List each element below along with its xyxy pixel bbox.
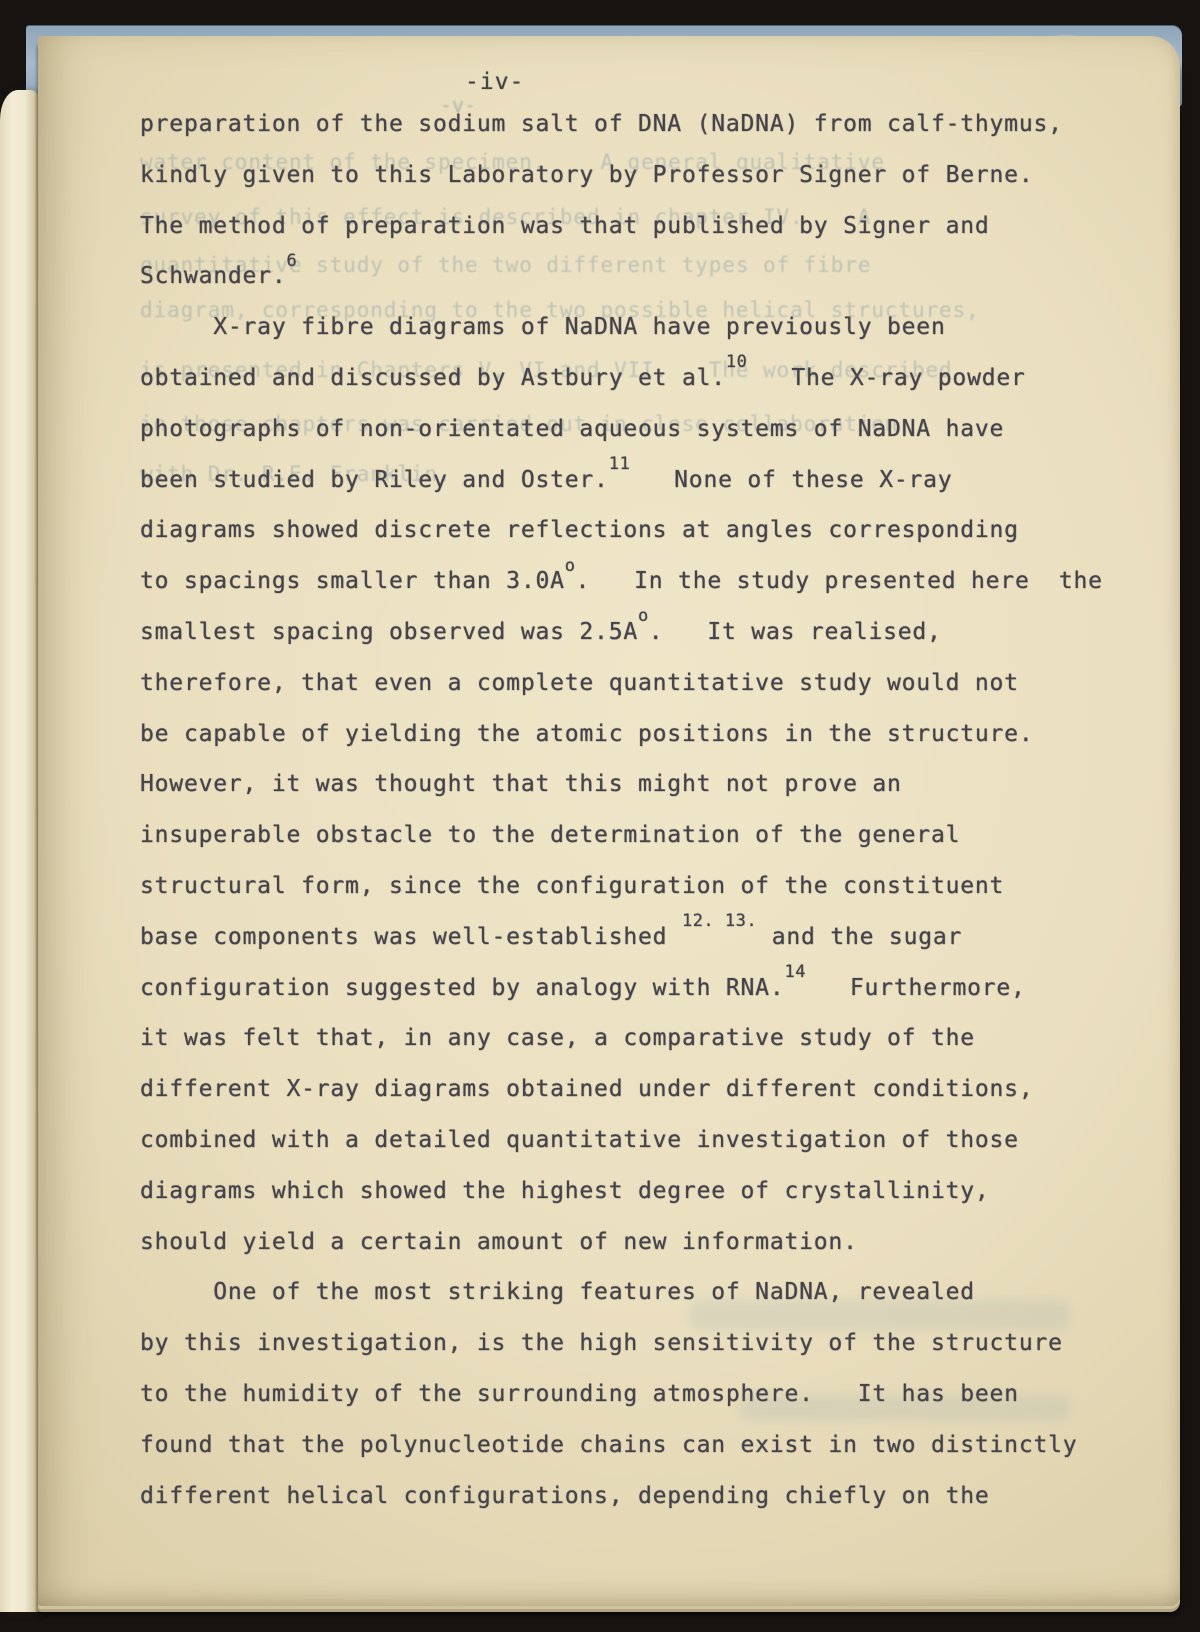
text-line: insuperable obstacle to the determinatio… [140, 810, 1170, 861]
text-line: to spacings smaller than 3.0Ao. In the s… [140, 556, 1170, 607]
text-line: structural form, since the configuration… [140, 861, 1170, 912]
text-line: different X-ray diagrams obtained under … [140, 1064, 1170, 1115]
page-edge-curl [0, 90, 40, 1612]
text-line: should yield a certain amount of new inf… [140, 1217, 1170, 1268]
text-line: it was felt that, in any case, a compara… [140, 1013, 1170, 1064]
text-line: However, it was thought that this might … [140, 759, 1170, 810]
text-line: diagrams which showed the highest degree… [140, 1166, 1170, 1217]
page: -iv- -v- water content of the specimen. … [38, 36, 1180, 1606]
text-line: combined with a detailed quantitative in… [140, 1115, 1170, 1166]
text-line: obtained and discussed by Astbury et al.… [140, 353, 1170, 404]
text-line: found that the polynucleotide chains can… [140, 1420, 1170, 1471]
text-line: by this investigation, is the high sensi… [140, 1318, 1170, 1369]
text-line: Schwander.6 [140, 251, 1170, 302]
text-line: smallest spacing observed was 2.5Ao. It … [140, 607, 1170, 658]
scanned-book-photo: { "colors":{ "background":"#171310", "pa… [0, 0, 1200, 1632]
text-line: base components was well-established 12.… [140, 912, 1170, 963]
text-line: X-ray fibre diagrams of NaDNA have previ… [140, 302, 1170, 353]
text-line: preparation of the sodium salt of DNA (N… [140, 99, 1170, 150]
text-line: photographs of non-orientated aqueous sy… [140, 404, 1170, 455]
text-line: One of the most striking features of NaD… [140, 1267, 1170, 1318]
text-block: preparation of the sodium salt of DNA (N… [140, 99, 1170, 1521]
text-line: diagrams showed discrete reflections at … [140, 505, 1170, 556]
text-line: kindly given to this Laboratory by Profe… [140, 150, 1170, 201]
text-line: configuration suggested by analogy with … [140, 963, 1170, 1014]
text-line: The method of preparation was that publi… [140, 201, 1170, 252]
text-line: to the humidity of the surrounding atmos… [140, 1369, 1170, 1420]
text-line: therefore, that even a complete quantita… [140, 658, 1170, 709]
text-line: be capable of yielding the atomic positi… [140, 709, 1170, 760]
page-number: -iv- [465, 69, 524, 95]
text-line: been studied by Riley and Oster.11 None … [140, 455, 1170, 506]
text-line: different helical configurations, depend… [140, 1471, 1170, 1522]
